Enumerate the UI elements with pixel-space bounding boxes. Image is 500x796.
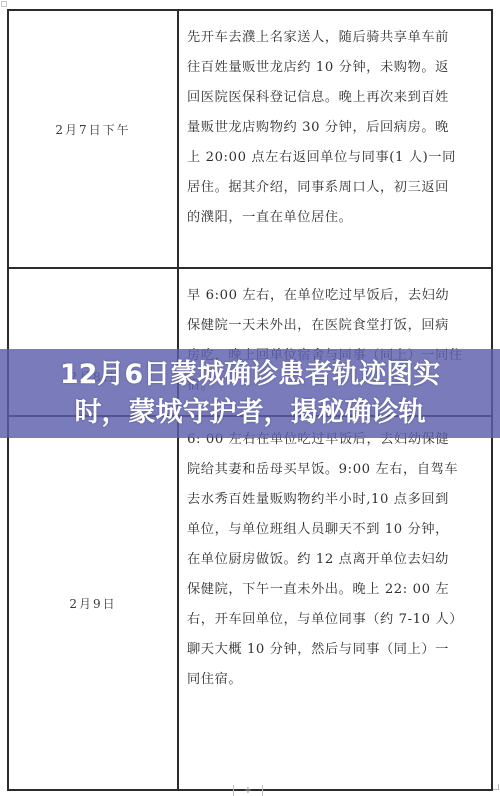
- headline-line-2: 时，蒙城守护者，揭秘确诊轨: [75, 394, 426, 432]
- description-line: 回医院医保科登记信息。晚上再次来到百姓: [187, 83, 483, 113]
- date-cell: 2月9日: [9, 417, 179, 789]
- description-cell: 先开车去濮上名家送人，随后骑共享单车前 往百姓量贩世龙店约 10 分钟，未购物。…: [179, 11, 491, 267]
- table-row: 2月9日 6: 00 左右在单位吃过早饭后，去妇幼保健 院给其妻和岳母买早饭。9…: [9, 417, 491, 789]
- date-label: 2月7日下午: [55, 121, 130, 138]
- description-line: 右，开车回单位，与单位同事（约 7-10 人）: [187, 605, 483, 635]
- description-cell: 6: 00 左右在单位吃过早饭后，去妇幼保健 院给其妻和岳母买早饭。9:00 左…: [179, 417, 491, 789]
- description-line: 聊天大概 10 分钟，然后与同事（同上）一: [187, 635, 483, 665]
- description-line: 单位，与单位班组人员聊天不到 10 分钟，: [187, 515, 483, 545]
- description-line: 保健院一天未外出，在医院食堂打饭，回病: [187, 311, 483, 341]
- headline-line-1: 12月6日蒙城确诊患者轨迹图实: [60, 356, 440, 394]
- description-line: 先开车去濮上名家送人，随后骑共享单车前: [187, 23, 483, 53]
- table-row: 2月7日下午 先开车去濮上名家送人，随后骑共享单车前 往百姓量贩世龙店约 10 …: [9, 11, 491, 269]
- description-line: 保健院，下午一直未外出。晚上 22: 00 左: [187, 575, 483, 605]
- description-line: 量贩世龙店购物约 30 分钟，后回病房。晚: [187, 113, 483, 143]
- headline-banner: 12月6日蒙城确诊患者轨迹图实 时，蒙城守护者，揭秘确诊轨: [0, 349, 500, 438]
- add-row-button[interactable]: +: [233, 785, 263, 796]
- description-line: 去水秀百姓量贩购物约半小时,10 点多回到: [187, 485, 483, 515]
- description-line: 上 20:00 点左右返回单位与同事(1 人)一同: [187, 143, 483, 173]
- description-line: 同住宿。: [187, 665, 483, 695]
- date-label: 2月9日: [69, 595, 116, 612]
- table-move-handle[interactable]: [1, 1, 7, 7]
- description-line: 的濮阳，一直在单位居住。: [187, 203, 483, 233]
- description-line: 在单位厨房做饭。约 12 点离开单位去妇幼: [187, 545, 483, 575]
- date-cell: 2月7日下午: [9, 11, 179, 267]
- description-line: 居住。据其介绍，同事系周口人，初三返回: [187, 173, 483, 203]
- table-resize-handle[interactable]: [493, 784, 499, 790]
- description-line: 早 6:00 左右，在单位吃过早饭后，去妇幼: [187, 281, 483, 311]
- description-line: 院给其妻和岳母买早饭。9:00 左右，自驾车: [187, 455, 483, 485]
- description-line: 往百姓量贩世龙店约 10 分钟，未购物。返: [187, 53, 483, 83]
